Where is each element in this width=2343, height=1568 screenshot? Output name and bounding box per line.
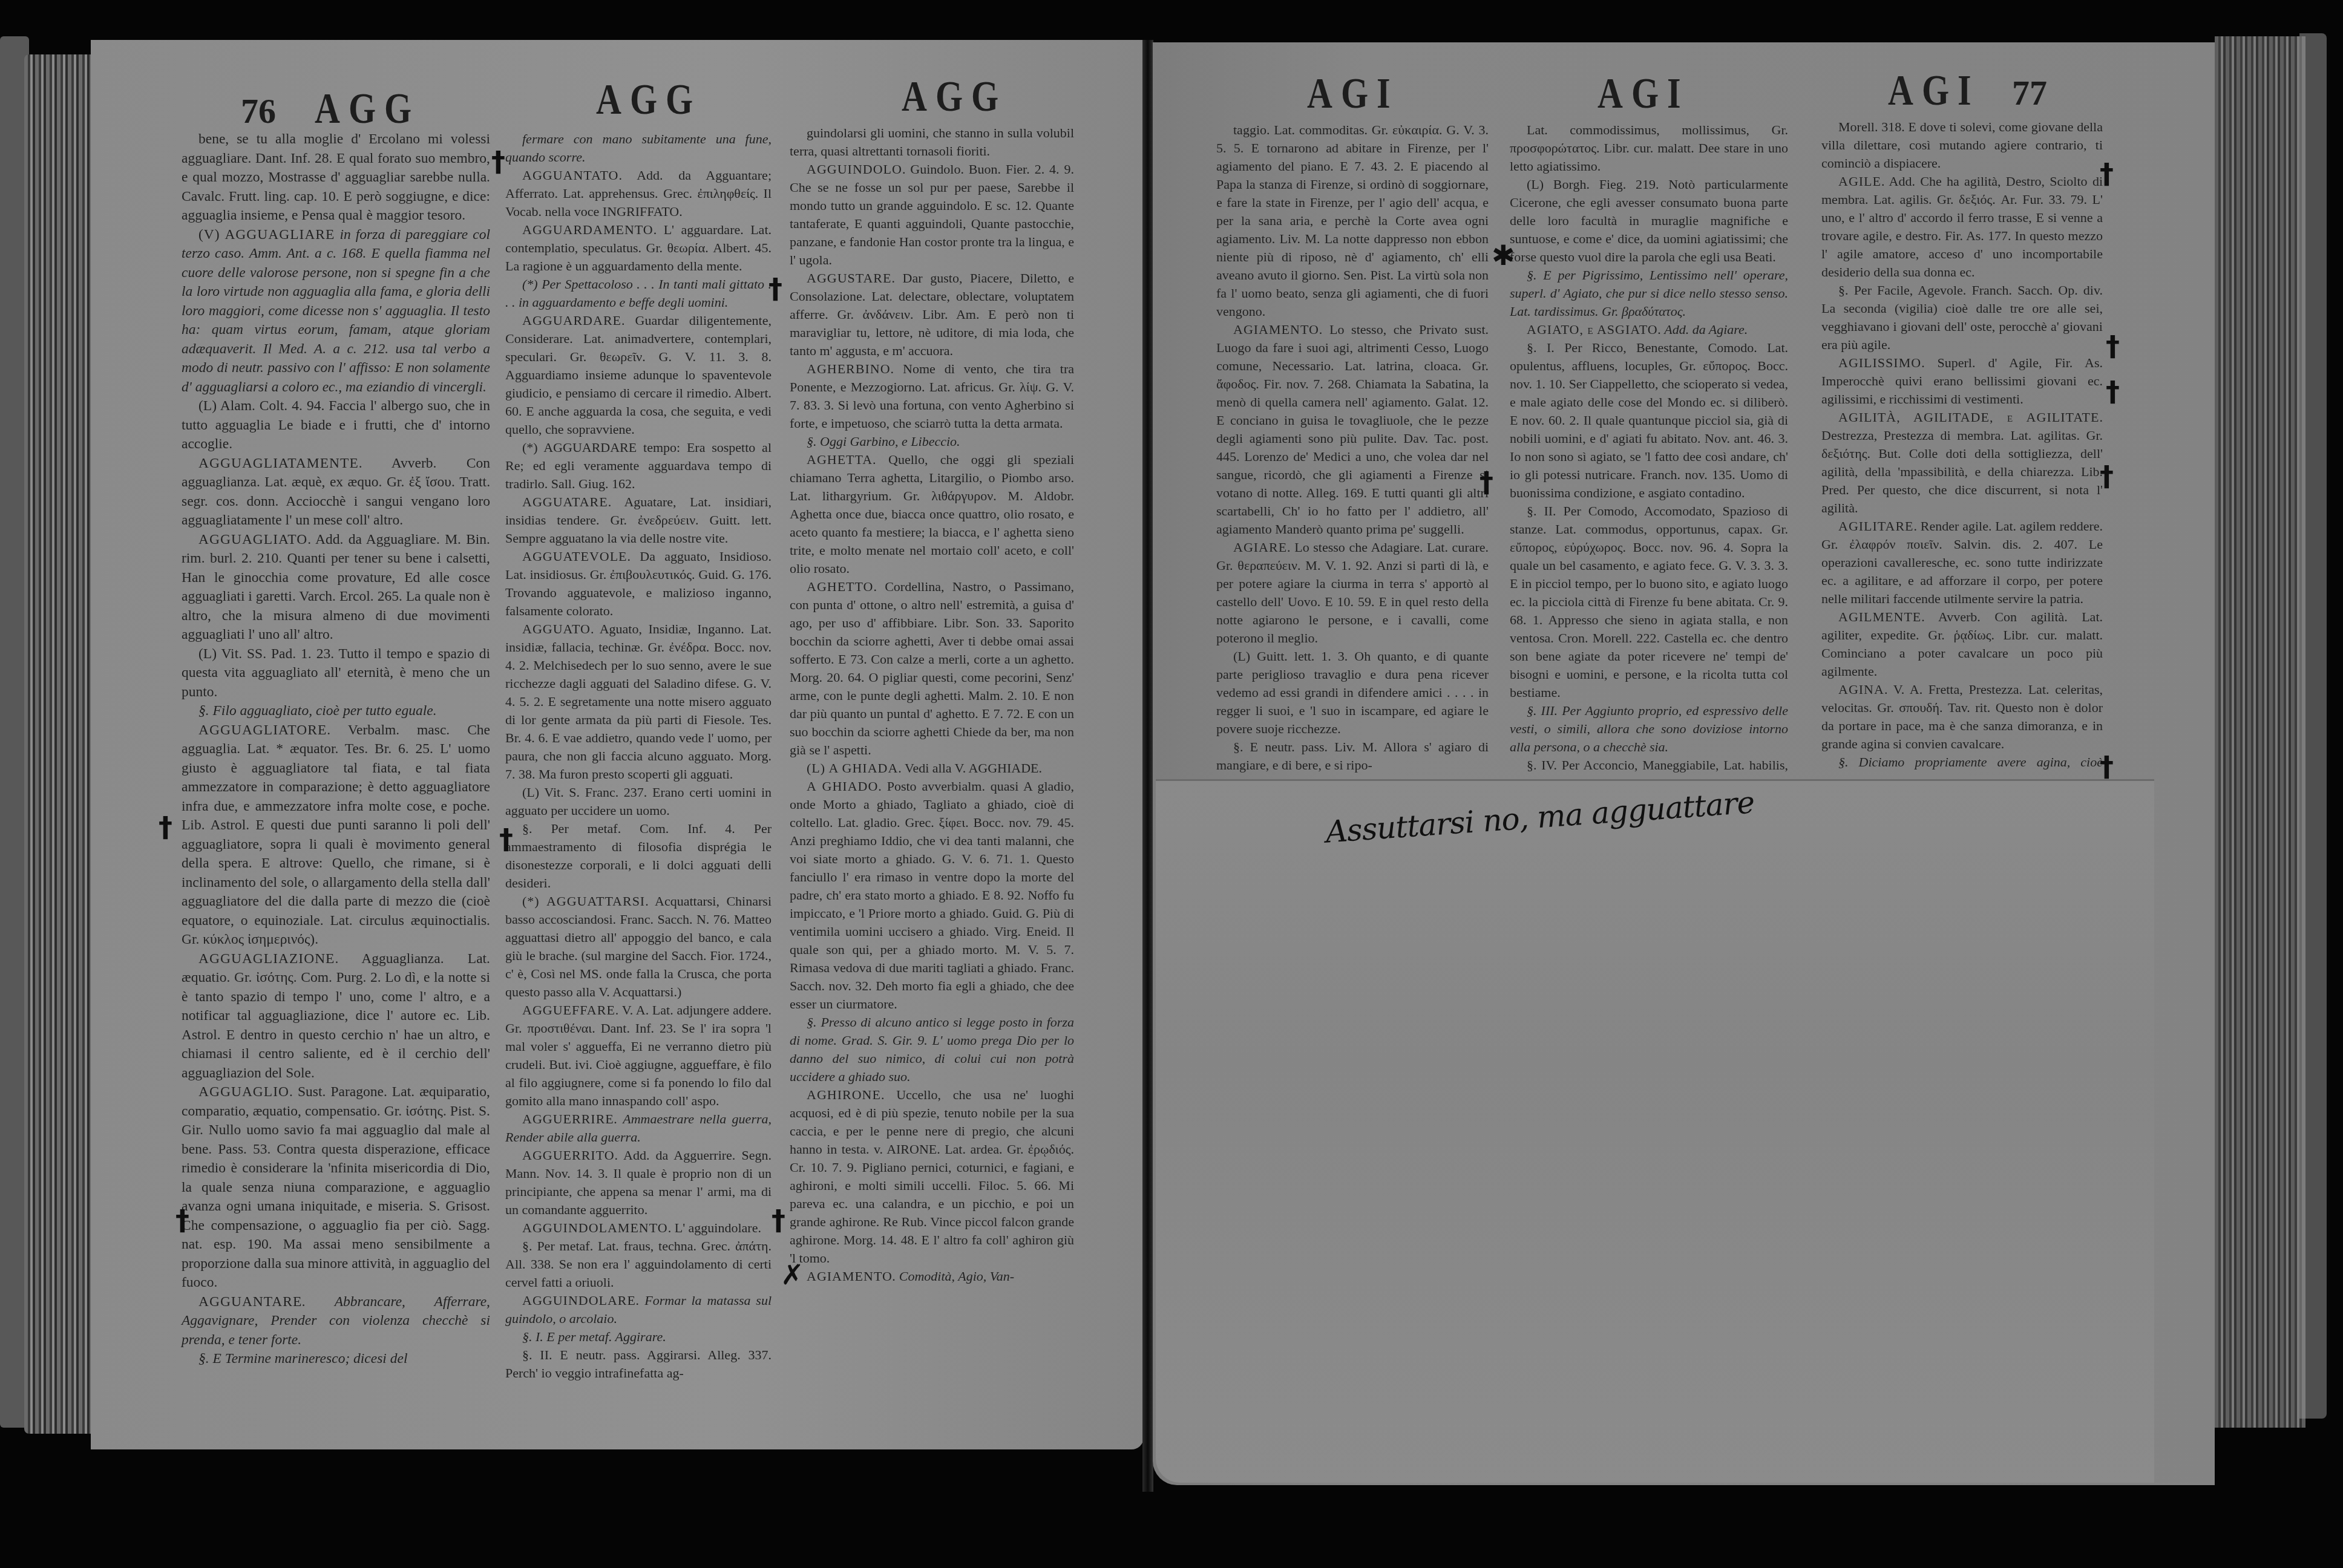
entry: §. Per metaf. Lat. fraus, techna. Grec. … <box>505 1237 772 1292</box>
headword: AGGUAGLIATO <box>198 532 307 547</box>
left-column-1: bene, se tu alla moglie d' Ercolano mi v… <box>182 130 490 1369</box>
entry: A GHIADO. Posto avverbialm. quasi A glad… <box>790 777 1074 1013</box>
inserted-paper-slip <box>1156 779 2154 1483</box>
running-head-left-3: AGG <box>902 71 1007 122</box>
margin-cross-mark: † <box>2100 460 2114 492</box>
left-column-2: fermare con mano subitamente una fune, q… <box>505 130 772 1382</box>
headword: AGILMENTE <box>1838 609 1921 624</box>
entry: AGGUAGLIATAMENTE. Avverb. Con agguaglian… <box>182 454 490 531</box>
margin-cross-mark: † <box>772 1204 785 1236</box>
entry: §. III. Per Aggiunto proprio, ed espress… <box>1510 702 1788 756</box>
entry: AGILITÀ, AGILITADE, e AGILITATE. Destrez… <box>1821 408 2103 517</box>
entry: AGHETTO. Cordellina, Nastro, o Passimano… <box>790 578 1074 759</box>
headword: (*) AGGUATTARSI <box>522 893 645 909</box>
running-head-right-2: AGI <box>1597 68 1689 119</box>
running-head-left-2: AGG <box>596 74 701 125</box>
entry: AGGUEFFARE. V. A. Lat. adjungere addere.… <box>505 1001 772 1110</box>
margin-cross-mark: † <box>175 1204 189 1236</box>
entry: AGILMENTE. Avverb. Con agilità. Lat. agi… <box>1821 608 2103 681</box>
headword: AGGUAGLIO <box>198 1084 289 1100</box>
headword: AGGUSTARE <box>807 270 891 286</box>
entry: (*) AGGUARDARE tempo: Era sospetto al Re… <box>505 439 772 493</box>
margin-cross-mark: † <box>499 823 513 855</box>
headword: AGGUINDOLO <box>807 162 902 177</box>
entry: (L) Vit. S. Franc. 237. Erano certi uomi… <box>505 783 772 820</box>
headword: AGGUAGLIATORE <box>198 722 327 738</box>
headword: AGGUINDOLARE <box>522 1293 636 1308</box>
entry: AGIARE. Lo stesso che Adagiare. Lat. cur… <box>1216 538 1489 647</box>
margin-cross-mark: † <box>2106 330 2120 362</box>
entry: (L) Alam. Colt. 4. 94. Faccia l' albergo… <box>182 397 490 454</box>
entry: AGIATO, e ASGIATO. Add. da Agiare. <box>1510 321 1788 339</box>
entry: AGGUERRITO. Add. da Agguerrire. Segn. Ma… <box>505 1146 772 1219</box>
entry: AGGUINDOLAMENTO. L' agguindolare. <box>505 1219 772 1237</box>
entry: AGGUAGLIATO. Add. da Agguagliare. M. Bin… <box>182 531 490 645</box>
margin-cross-mark: † <box>768 272 782 305</box>
entry: (L) Borgh. Fieg. 219. Notò particularmen… <box>1510 175 1788 266</box>
headword: AGILE <box>1838 174 1881 189</box>
entry: AGGUINDOLO. Guindolo. Buon. Fier. 2. 4. … <box>790 160 1074 269</box>
entry: AGINA. V. A. Fretta, Prestezza. Lat. cel… <box>1821 681 2103 753</box>
entry: AGGUSTARE. Dar gusto, Piacere, Diletto, … <box>790 269 1074 360</box>
entry: AGILE. Add. Che ha agilità, Destro, Scio… <box>1821 172 2103 281</box>
right-column-3: Morell. 318. E dove ti solevi, come giov… <box>1821 118 2103 774</box>
headword: AGGUATEVOLE <box>522 549 628 564</box>
headword: AGHERBINO <box>807 361 891 376</box>
headword: AGGUARDAMENTO <box>522 222 654 237</box>
headword: AGGUARDARE <box>522 313 621 328</box>
margin-cross-mark: † <box>2106 375 2120 408</box>
headword: AGGUATO <box>522 621 591 636</box>
page-number-left: 76 <box>241 91 276 131</box>
margin-cross-mark: † <box>1480 466 1493 498</box>
entry: Lat. commodissimus, mollissimus, Gr. προ… <box>1510 121 1788 175</box>
entry: §. II. Per Comodo, Accomodato, Spazioso … <box>1510 502 1788 702</box>
entry: AGHETTA. Quello, che oggi gli speziali c… <box>790 451 1074 578</box>
entry: AGIAMENTO. Comodità, Agio, Van- <box>790 1267 1074 1285</box>
left-column-3: guindolarsi gli uomini, che stanno in su… <box>790 124 1074 1285</box>
page-edges-right <box>2215 36 2305 1428</box>
entry: AGHIRONE. Uccello, che usa ne' luoghi ac… <box>790 1086 1074 1267</box>
headword: AGILISSIMO <box>1838 355 1921 370</box>
headword: AGHIRONE <box>807 1087 881 1102</box>
entry: AGGUAGLIAZIONE. Agguaglianza. Lat. æquat… <box>182 950 490 1083</box>
entry: §. Diciamo propriamente avere agina, cio… <box>1821 753 2103 774</box>
headword: AGHETTO <box>807 579 873 594</box>
right-column-2: Lat. commodissimus, mollissimus, Gr. προ… <box>1510 121 1788 774</box>
headword: AGINA <box>1838 682 1884 697</box>
headword: AGGUAGLIATAMENTE <box>198 456 359 471</box>
page-number-right: 77 <box>2012 73 2047 113</box>
entry: §. Per metaf. Com. Inf. 4. Per ammaestra… <box>505 820 772 892</box>
running-head-right-3: AGI <box>1888 65 1980 116</box>
right-column-1: taggio. Lat. commoditas. Gr. εὐκαιρία. G… <box>1216 121 1489 774</box>
entry: AGGUATEVOLE. Da agguato, Insidioso. Lat.… <box>505 547 772 620</box>
entry: §. Oggi Garbino, e Libeccio. <box>790 433 1074 451</box>
entry: AGGUATARE. Aguatare, Lat. insidiari, ins… <box>505 493 772 547</box>
entry: (V) AGGUAGLIARE in forza di pareggiare c… <box>182 226 490 397</box>
entry: (L) A GHIADA. Vedi alla V. AGGHIADE. <box>790 759 1074 777</box>
entry: AGGUAGLIATORE. Verbalm. masc. Che agguag… <box>182 721 490 950</box>
entry: AGGUARDAMENTO. L' agguardare. Lat. conte… <box>505 221 772 275</box>
book-cover-right <box>2299 33 2327 1419</box>
entry: §. E Termine marineresco; dicesi del <box>182 1350 490 1369</box>
margin-cross-mark: † <box>491 145 505 178</box>
headword: AGGUEFFARE <box>522 1002 615 1018</box>
entry: §. Presso di alcuno antico si legge post… <box>790 1013 1074 1086</box>
headword: AGHETTA <box>807 452 873 467</box>
entry: AGGUANTATO. Add. da Agguantare; Afferrat… <box>505 166 772 221</box>
headword: AGIAMENTO <box>807 1269 893 1284</box>
headword: AGGUERRIRE <box>522 1111 614 1126</box>
running-head-right-1: AGI <box>1307 68 1399 119</box>
entry: §. II. E neutr. pass. Aggirarsi. Alleg. … <box>505 1346 772 1382</box>
headword: AGIARE <box>1233 540 1287 555</box>
running-head-left-1: AGG <box>315 83 420 134</box>
book-gutter <box>1142 40 1153 1492</box>
entry: AGGUANTARE. Abbrancare, Afferrare, Aggav… <box>182 1293 490 1350</box>
entry: AGGUINDOLARE. Formar la matassa sul guin… <box>505 1292 772 1328</box>
headword: AGILITÀ, AGILITADE, e AGILITATE <box>1838 410 2100 425</box>
entry: AGGUERRIRE. Ammaestrare nella guerra, Re… <box>505 1110 772 1146</box>
entry: §. Per Facile, Agevole. Franch. Sacch. O… <box>1821 281 2103 354</box>
entry: Morell. 318. E dove ti solevi, come giov… <box>1821 118 2103 172</box>
entry: (*) AGGUATTARSI. Acquattarsi, Chinarsi b… <box>505 892 772 1001</box>
entry: §. E per Pigrissimo, Lentissimo nell' op… <box>1510 266 1788 321</box>
headword: AGGUAGLIAZIONE <box>198 951 335 967</box>
entry: guindolarsi gli uomini, che stanno in su… <box>790 124 1074 160</box>
headword: AGGUATARE <box>522 494 608 509</box>
entry: §. Filo agguagliato, cioè per tutto egua… <box>182 702 490 721</box>
entry: AGGUAGLIO. Sust. Paragone. Lat. æquipara… <box>182 1083 490 1293</box>
headword: A GHIADO <box>807 779 878 794</box>
margin-cross-mark: † <box>2100 750 2114 783</box>
margin-cross-mark: † <box>2100 157 2114 190</box>
entry: taggio. Lat. commoditas. Gr. εὐκαιρία. G… <box>1216 121 1489 321</box>
headword: AGGUANTATO <box>522 168 618 183</box>
margin-cross-mark: ✗ <box>781 1258 804 1291</box>
entry: fermare con mano subitamente una fune, q… <box>505 130 772 166</box>
entry: §. E neutr. pass. Liv. M. Allora s' agia… <box>1216 738 1489 774</box>
entry: §. I. Per Ricco, Benestante, Comodo. Lat… <box>1510 339 1788 502</box>
entry: §. IV. Per Acconcio, Maneggiabile, Lat. … <box>1510 756 1788 774</box>
entry: §. I. E per metaf. Aggirare. <box>505 1328 772 1346</box>
entry: (L) Guitt. lett. 1. 3. Oh quanto, e di q… <box>1216 647 1489 738</box>
entry: (L) Vit. SS. Pad. 1. 23. Tutto il tempo … <box>182 645 490 702</box>
entry: AGGUARDARE. Guardar diligentemente, Cons… <box>505 312 772 439</box>
margin-star-mark: ✱ <box>1492 239 1515 272</box>
headword: AGGUINDOLAMENTO <box>522 1220 668 1235</box>
entry: AGGUATO. Aguato, Insidiæ, Inganno. Lat. … <box>505 620 772 783</box>
entry: AGHERBINO. Nome di vento, che tira tra P… <box>790 360 1074 433</box>
headword: AGGUERRITO <box>522 1148 615 1163</box>
headword: AGIAMENTO <box>1233 322 1319 337</box>
headword: (L) A GHIADA <box>807 760 898 776</box>
headword: (V) AGGUAGLIARE <box>198 227 335 243</box>
entry: AGILISSIMO. Superl. d' Agile, Fir. As. I… <box>1821 354 2103 408</box>
margin-cross-mark: † <box>159 811 172 843</box>
entry: AGILITARE. Render agile. Lat. agilem red… <box>1821 517 2103 608</box>
entry: bene, se tu alla moglie d' Ercolano mi v… <box>182 130 490 226</box>
entry: (*) Per Spettacoloso . . . In tanti mali… <box>505 275 772 312</box>
headword: AGIATO, e ASGIATO <box>1527 322 1658 337</box>
entry: AGIAMENTO. Lo stesso, che Privato sust. … <box>1216 321 1489 538</box>
headword: AGGUANTARE <box>198 1294 302 1310</box>
headword: AGILITARE <box>1838 518 1914 534</box>
